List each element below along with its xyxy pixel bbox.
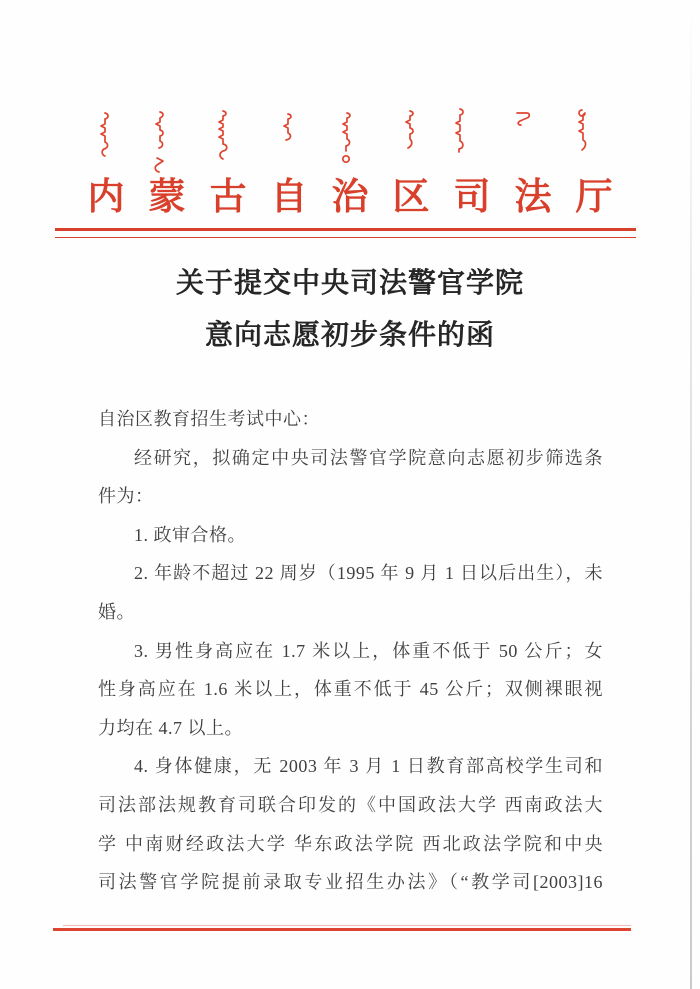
mongolian-script-word-6 [402, 109, 417, 150]
body-line: 4. 身体健康，无 2003 年 3 月 1 日教育部高校学生司和 [98, 747, 603, 786]
body-line: 力均在 4.7 以上。 [98, 709, 603, 748]
mongolian-script-word-3 [213, 109, 231, 161]
scan-edge-artifact [690, 0, 692, 989]
document-title-line2: 意向志愿初步条件的函 [0, 310, 700, 362]
body-line: 性身高应在 1.6 米以上，体重不低于 45 公斤；双侧裸眼视 [98, 670, 603, 709]
mongolian-script-word-8 [514, 109, 532, 127]
body-line: 经研究，拟确定中央司法警官学院意向志愿初步筛选条 [98, 439, 603, 478]
mongolian-script-word-7 [452, 107, 467, 154]
footer-divider-rule [53, 928, 631, 931]
body-line: 3. 男性身高应在 1.7 米以上，体重不低于 50 公斤；女 [98, 632, 603, 671]
mongolian-script-word-5 [337, 111, 355, 165]
body-line: 件为： [98, 477, 603, 516]
body-line: 2. 年龄不超过 22 周岁（1995 年 9 月 1 日以后出生），未 [98, 554, 603, 593]
document-title-line1: 关于提交中央司法警官学院 [0, 258, 700, 310]
body-line: 司法警官学院提前录取专业招生办法》（“教学司[2003]16 [98, 863, 603, 902]
body-line: 司法部法规教育司联合印发的《中国政法大学 西南政法大 [98, 786, 603, 825]
body-line: 学 中南财经政法大学 华东政法学院 西北政法学院和中央 [98, 825, 603, 864]
document-body: 自治区教育招生考试中心： 经研究，拟确定中央司法警官学院意向志愿初步筛选条 件为… [98, 400, 603, 902]
issuing-org-name: 内蒙古自治区司法厅 [0, 176, 700, 220]
mongolian-script-word-9 [574, 107, 591, 152]
mongolian-script-word-1 [96, 111, 112, 157]
salutation-line: 自治区教育招生考试中心： [98, 400, 603, 439]
mongolian-script-word-2 [150, 110, 168, 176]
document-title: 关于提交中央司法警官学院 意向志愿初步条件的函 [0, 258, 700, 362]
mongolian-script-word-4 [279, 112, 295, 142]
body-line: 婚。 [98, 593, 603, 632]
scanned-document-page: 内蒙古自治区司法厅 关于提交中央司法警官学院 意向志愿初步条件的函 自治区教育招… [0, 0, 700, 989]
letterhead-divider-rule [55, 228, 636, 238]
body-line: 1. 政审合格。 [98, 516, 603, 555]
